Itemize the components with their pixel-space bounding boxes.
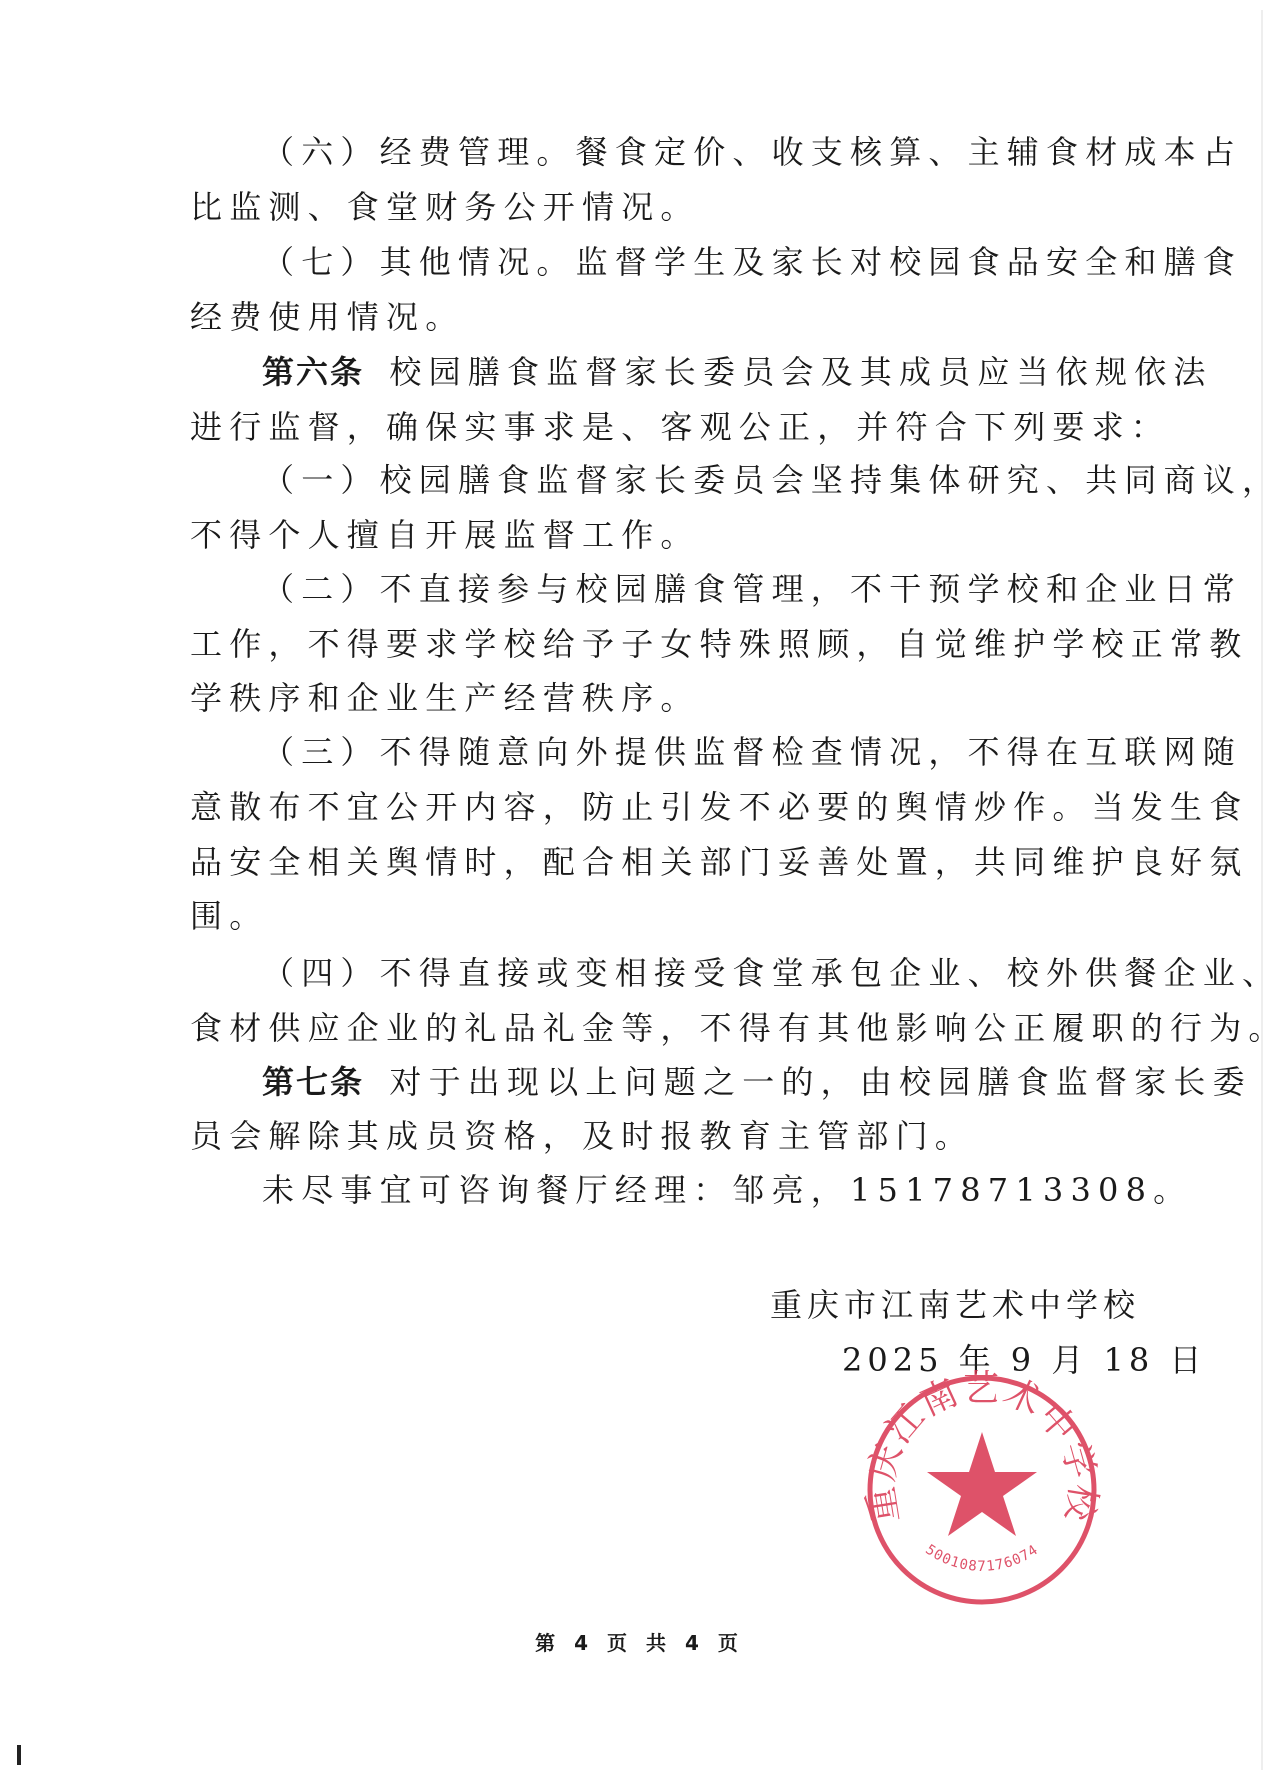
paragraph-line: 工作，不得要求学校给予子女特殊照顾，自觉维护学校正常教 xyxy=(190,624,1248,664)
paragraph-line: 经费使用情况。 xyxy=(190,297,464,337)
contact-line: 未尽事宜可咨询餐厅经理：邹亮，15178713308。 xyxy=(262,1170,1192,1210)
svg-text:5001087176074: 5001087176074 xyxy=(922,1542,1041,1575)
article-heading: 第六条 xyxy=(262,353,364,391)
article-7: 第七条 对于出现以上问题之一的，由校园膳食监督家长委 xyxy=(262,1062,1252,1102)
paragraph-line: 比监测、食堂财务公开情况。 xyxy=(190,187,700,227)
signature-organization: 重庆市江南艺术中学校 xyxy=(770,1285,1140,1325)
article-text: 对于出现以上问题之一的，由校园膳食监督家长委 xyxy=(389,1063,1251,1101)
paragraph-line: （二）不直接参与校园膳食管理，不干预学校和企业日常 xyxy=(262,569,1242,609)
page-number: 第 4 页 共 4 页 xyxy=(0,1627,1279,1656)
paragraph-line: （七）其他情况。监督学生及家长对校园食品安全和膳食 xyxy=(262,242,1242,282)
paragraph-line: 意散布不宜公开内容，防止引发不必要的舆情炒作。当发生食 xyxy=(190,787,1248,827)
paragraph-line: 围。 xyxy=(190,896,268,936)
svg-text:重庆江南艺术中学校: 重庆江南艺术中学校 xyxy=(862,1370,1102,1526)
paragraph-line: 员会解除其成员资格，及时报教育主管部门。 xyxy=(190,1116,974,1156)
article-text: 校园膳食监督家长委员会及其成员应当依规依法 xyxy=(389,353,1212,391)
paragraph-line: （六）经费管理。餐食定价、收支核算、主辅食材成本占 xyxy=(262,132,1242,172)
paragraph-line: （四）不得直接或变相接受食堂承包企业、校外供餐企业、 xyxy=(262,953,1279,993)
article-heading: 第七条 xyxy=(262,1063,364,1101)
paragraph-line: （三）不得随意向外提供监督检查情况，不得在互联网随 xyxy=(262,732,1242,772)
signature-date: 2025 年 9 月 18 日 xyxy=(842,1340,1206,1380)
official-seal-icon: 重庆江南艺术中学校 5001087176074 xyxy=(862,1370,1102,1610)
paragraph-line: 品安全相关舆情时，配合相关部门妥善处置，共同维护良好氛 xyxy=(190,842,1248,882)
paragraph-line: 进行监督，确保实事求是、客观公正，并符合下列要求： xyxy=(190,407,1170,447)
text-cursor-icon xyxy=(17,1745,21,1765)
paragraph-line: 食材供应企业的礼品礼金等，不得有其他影响公正履职的行为。 xyxy=(190,1008,1279,1048)
page-edge xyxy=(1261,10,1263,1770)
article-6: 第六条 校园膳食监督家长委员会及其成员应当依规依法 xyxy=(262,352,1213,392)
paragraph-line: （一）校园膳食监督家长委员会坚持集体研究、共同商议， xyxy=(262,460,1279,500)
paragraph-line: 学秩序和企业生产经营秩序。 xyxy=(190,678,700,718)
paragraph-line: 不得个人擅自开展监督工作。 xyxy=(190,515,700,555)
